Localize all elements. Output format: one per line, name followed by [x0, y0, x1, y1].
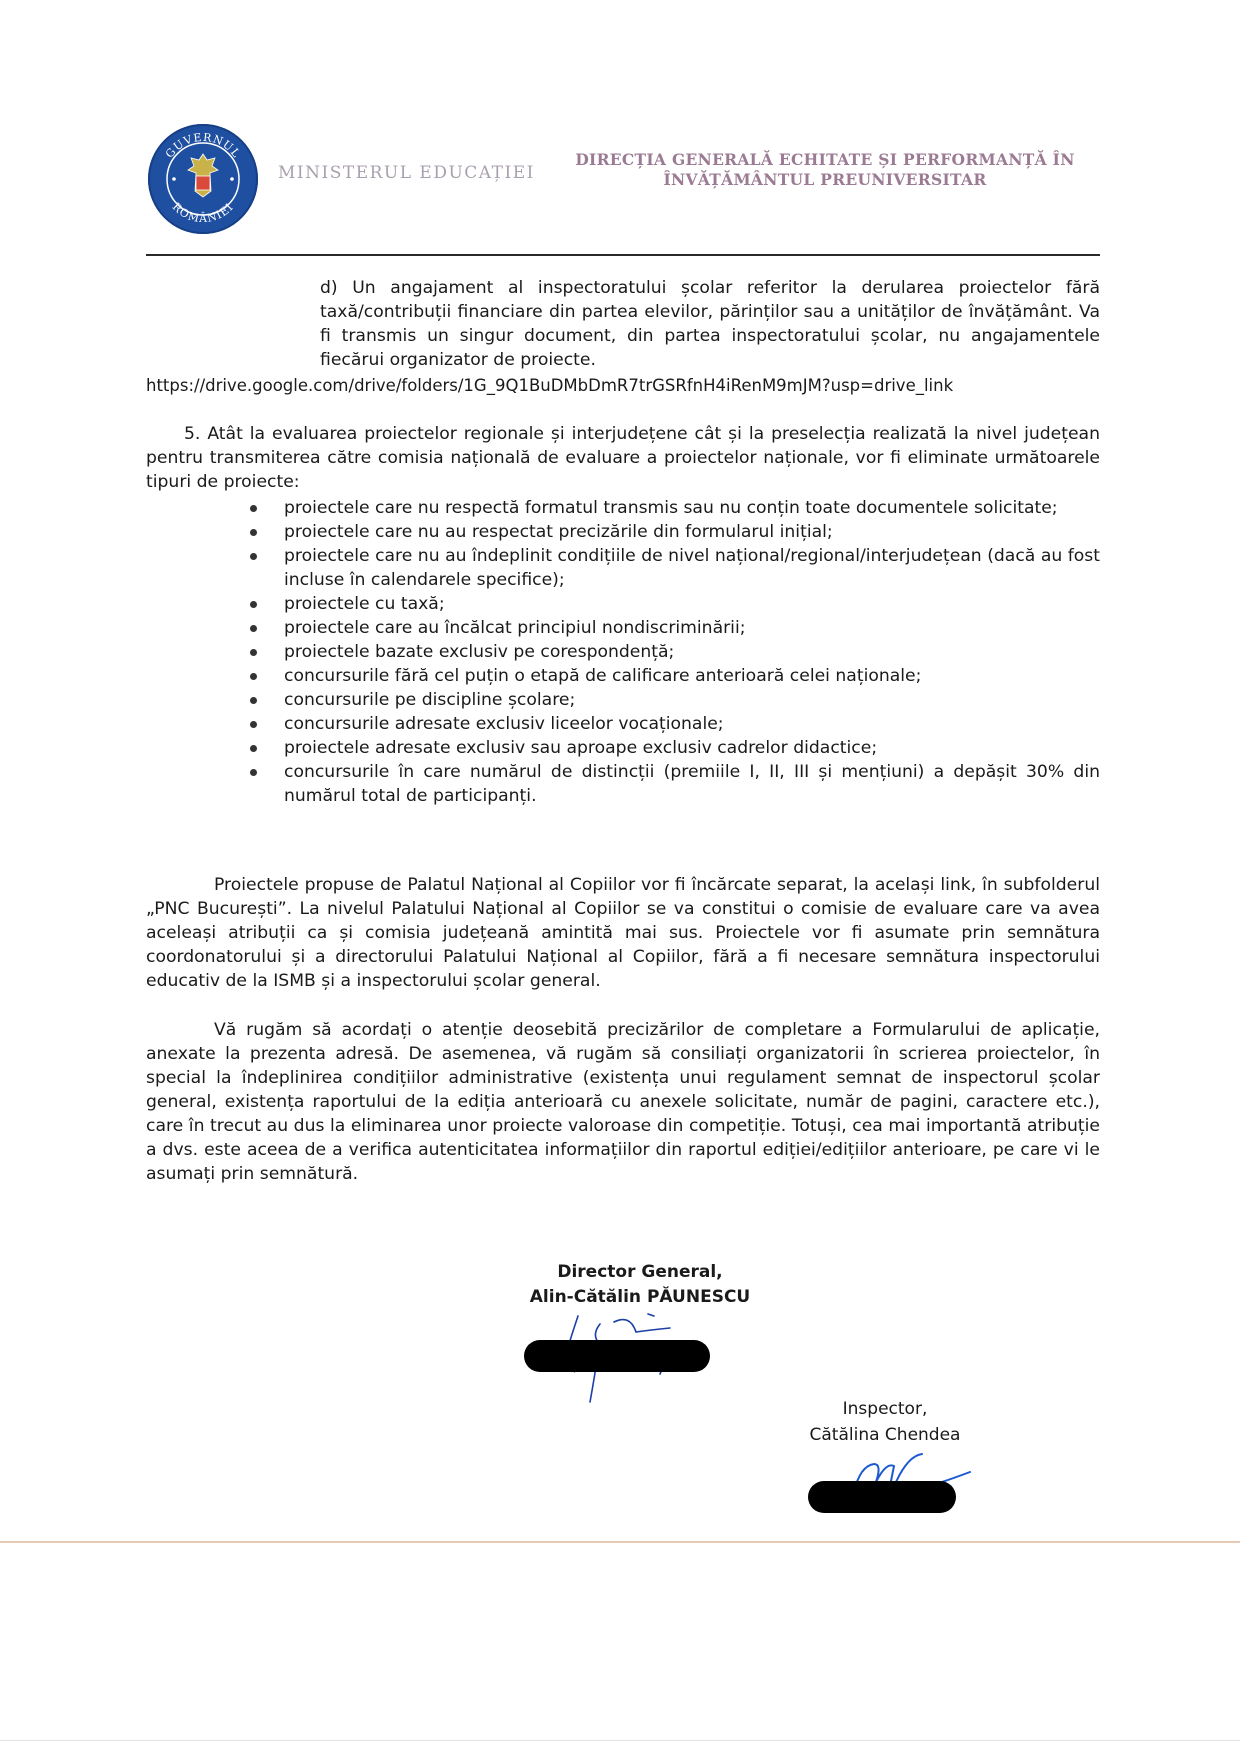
elimination-criteria-list: proiectele care nu respectă formatul tra…	[250, 496, 1100, 808]
directorate-name: DIRECȚIA GENERALĂ ECHITATE ȘI PERFORMANȚ…	[560, 150, 1090, 190]
director-signature-block: Director General, Alin-Cătălin PĂUNESCU	[500, 1260, 780, 1310]
bullet-icon	[250, 553, 257, 560]
redacted-signature-director	[524, 1340, 710, 1372]
list-item: concursurile fără cel puțin o etapă de c…	[250, 664, 1100, 688]
bullet-icon	[250, 505, 257, 512]
list-item: concursurile pe discipline școlare;	[250, 688, 1100, 712]
bullet-icon	[250, 625, 257, 632]
list-item: proiectele bazate exclusiv pe coresponde…	[250, 640, 1100, 664]
bullet-icon	[250, 745, 257, 752]
section-5-paragraph: 5. Atât la evaluarea proiectelor regiona…	[146, 422, 1100, 494]
header-divider	[146, 254, 1100, 256]
footer-divider	[0, 1541, 1240, 1543]
bullet-icon	[250, 601, 257, 608]
list-item: proiectele care nu respectă formatul tra…	[250, 496, 1100, 520]
inspector-signature-block: Inspector, Cătălina Chendea	[790, 1396, 980, 1448]
director-name: Alin-Cătălin PĂUNESCU	[500, 1285, 780, 1310]
page-bottom-edge	[0, 1740, 1240, 1741]
list-item: proiectele care nu au respectat precizăr…	[250, 520, 1100, 544]
list-item: concursurile în care numărul de distincț…	[250, 760, 1100, 808]
government-seal-logo: GUVERNUL ROMÂNIEI	[148, 124, 258, 234]
list-item: proiectele care nu au îndeplinit condiți…	[250, 544, 1100, 592]
list-item: proiectele cu taxă;	[250, 592, 1100, 616]
redacted-signature-inspector	[808, 1481, 956, 1513]
list-item: proiectele care au încălcat principiul n…	[250, 616, 1100, 640]
drive-link[interactable]: https://drive.google.com/drive/folders/1…	[146, 374, 953, 398]
list-item: concursurile adresate exclusiv liceelor …	[250, 712, 1100, 736]
list-item: proiectele adresate exclusiv sau aproape…	[250, 736, 1100, 760]
request-paragraph: Vă rugăm să acordați o atenție deosebită…	[146, 1018, 1100, 1186]
bullet-icon	[250, 721, 257, 728]
directorate-line-1: DIRECȚIA GENERALĂ ECHITATE ȘI PERFORMANȚ…	[560, 150, 1090, 170]
inspector-name: Cătălina Chendea	[790, 1422, 980, 1448]
director-title: Director General,	[500, 1260, 780, 1285]
bullet-icon	[250, 673, 257, 680]
romanian-government-seal-icon: GUVERNUL ROMÂNIEI	[148, 124, 258, 234]
inspector-title: Inspector,	[790, 1396, 980, 1422]
bullet-icon	[250, 769, 257, 776]
ministry-name: MINISTERUL EDUCAȚIEI	[278, 163, 535, 183]
pnc-paragraph: Proiectele propuse de Palatul Național a…	[146, 873, 1100, 993]
bullet-icon	[250, 529, 257, 536]
directorate-line-2: ÎNVĂȚĂMÂNTUL PREUNIVERSITAR	[560, 170, 1090, 190]
bullet-icon	[250, 697, 257, 704]
item-d-paragraph: d) Un angajament al inspectoratului școl…	[320, 276, 1100, 372]
bullet-icon	[250, 649, 257, 656]
